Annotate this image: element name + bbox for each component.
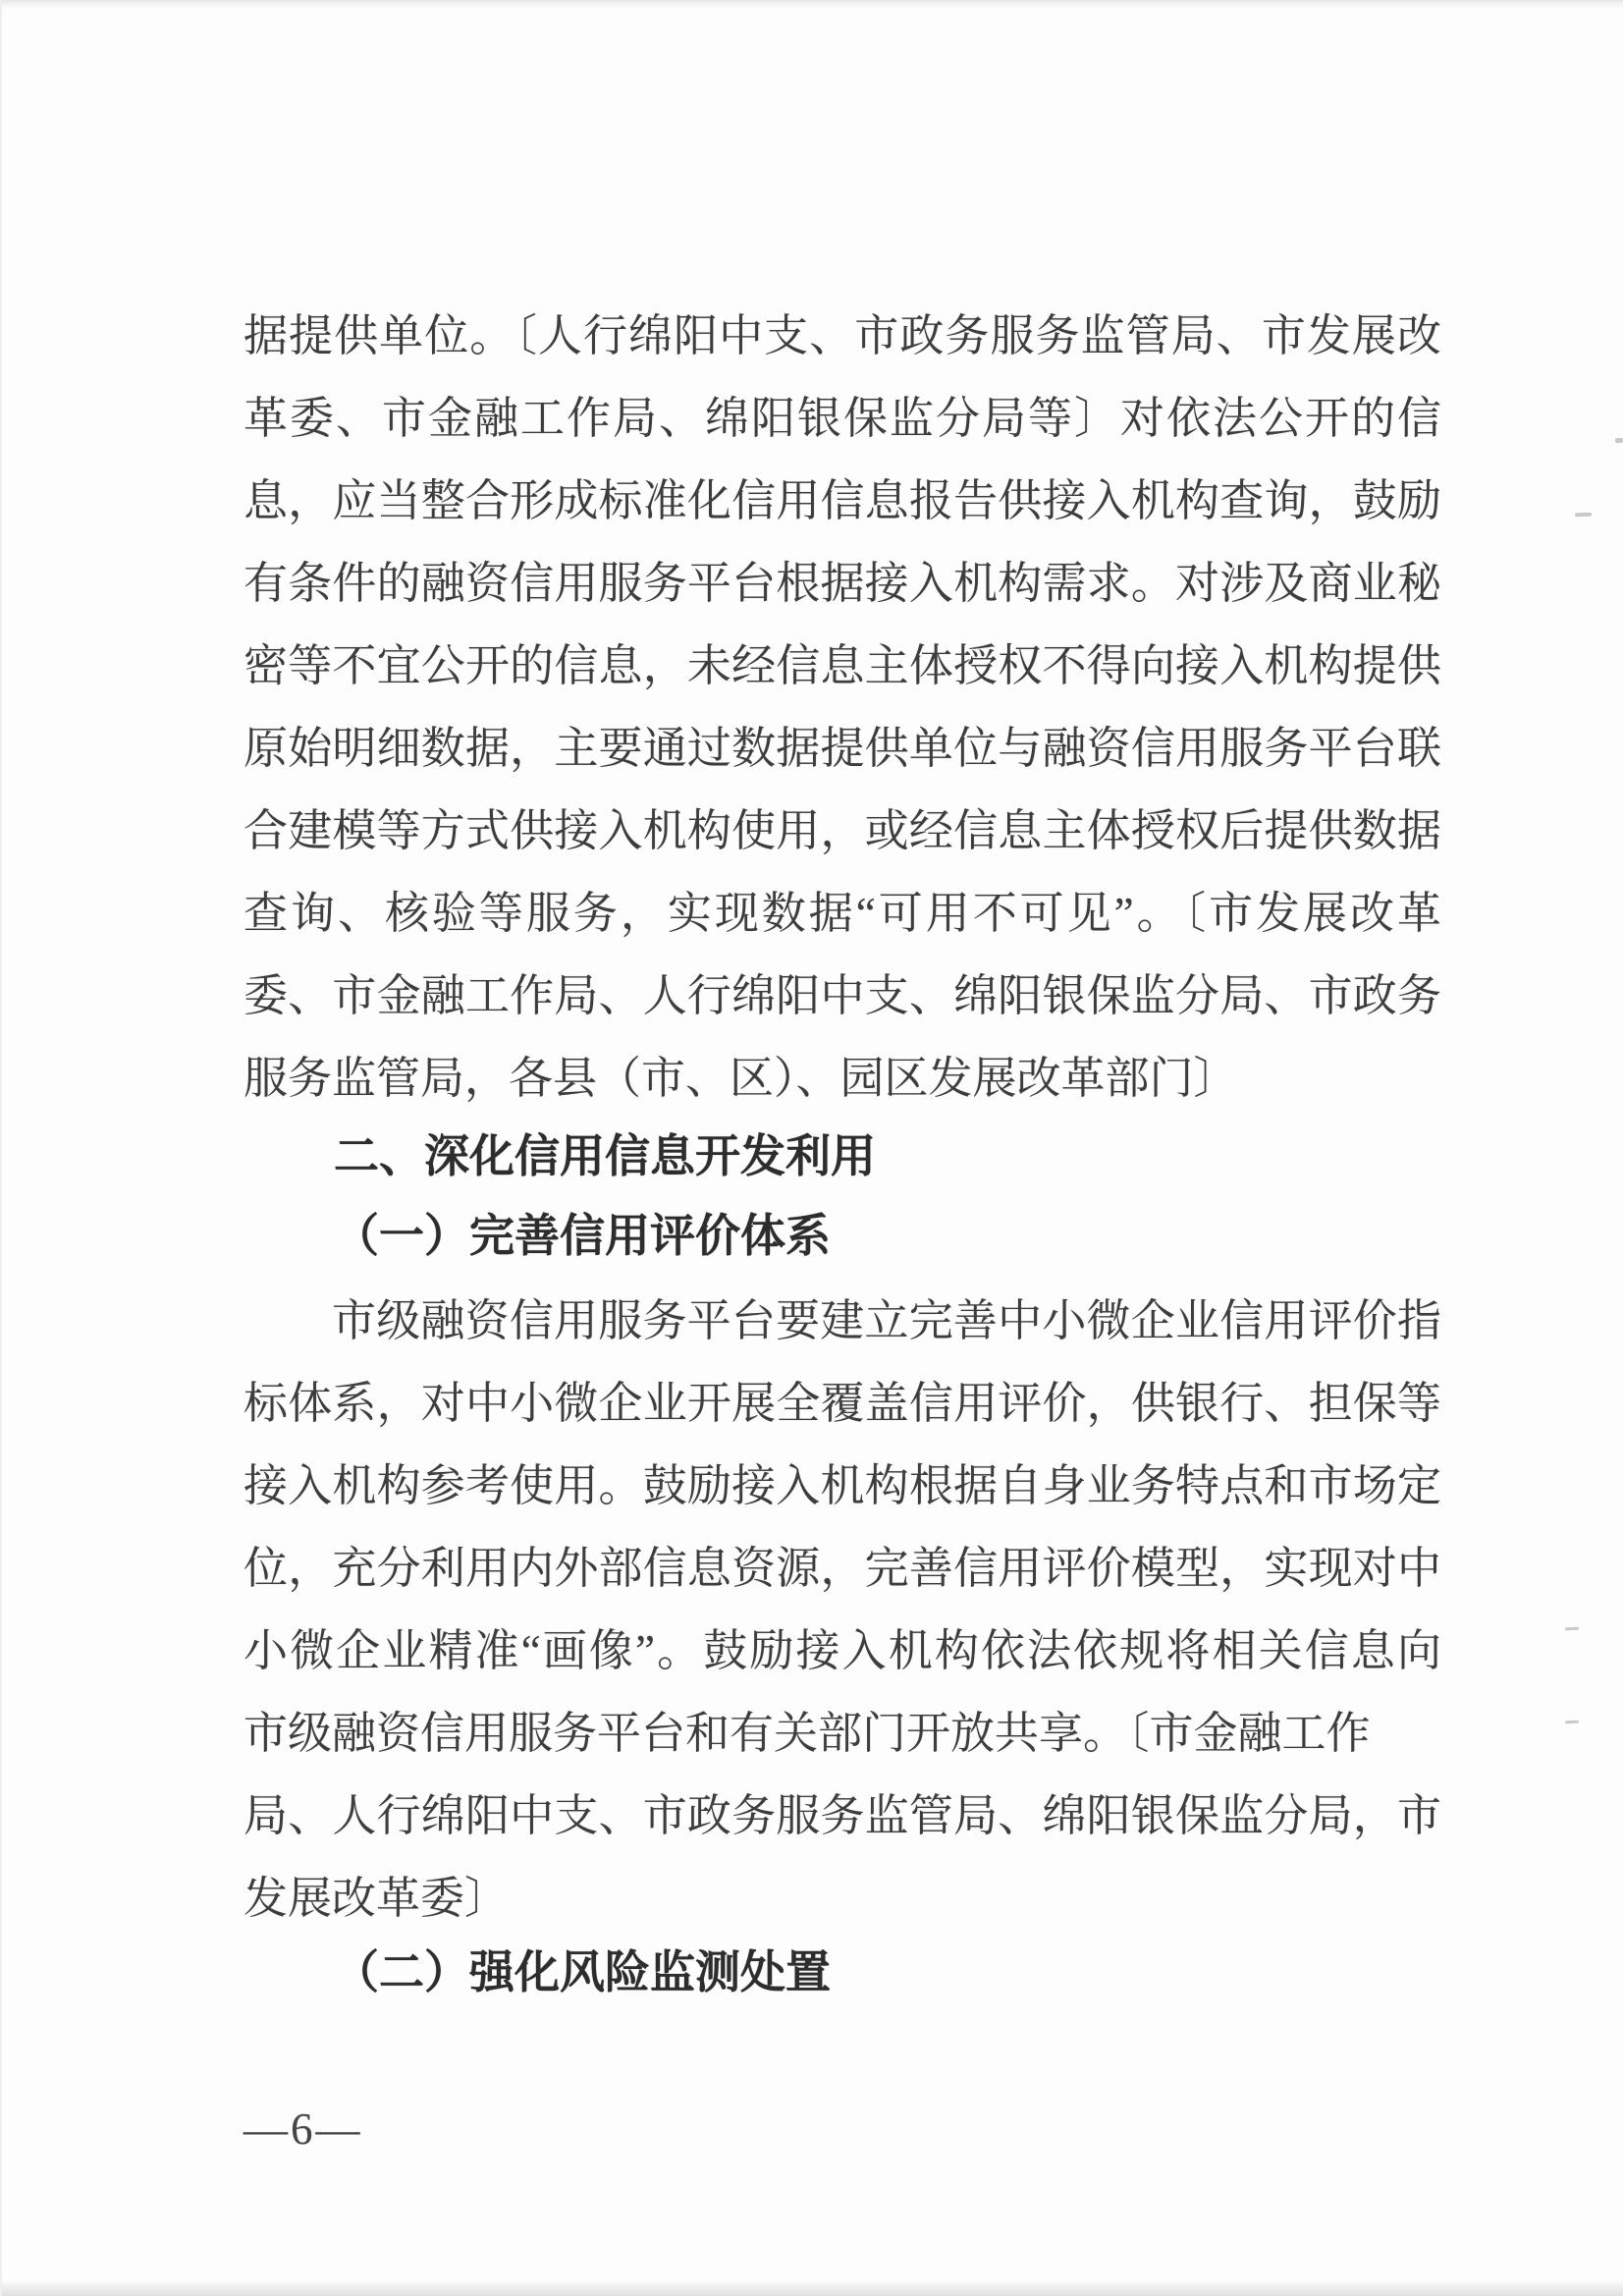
text-line: 市级融资信用服务平台要建立完善中小微企业信用评价指 bbox=[243, 1280, 1441, 1362]
text-line: 据提供单位。〔人行绵阳中支、市政务服务监管局、市发展改 bbox=[243, 295, 1441, 377]
scan-edge-left bbox=[0, 0, 2, 2296]
scan-speck bbox=[1565, 1721, 1579, 1723]
scan-edge-bottom bbox=[0, 2280, 1623, 2296]
text-line: 合建模等方式供接入机构使用，或经信息主体授权后提供数据 bbox=[243, 790, 1441, 872]
scanned-document-page: 据提供单位。〔人行绵阳中支、市政务服务监管局、市发展改 革委、市金融工作局、绵阳… bbox=[0, 0, 1623, 2296]
text-line: 革委、市金融工作局、绵阳银保监分局等〕对依法公开的信 bbox=[243, 377, 1441, 460]
section-heading-2: 二、深化信用信息开发利用 bbox=[243, 1115, 1441, 1197]
paragraph-2: 市级融资信用服务平台要建立完善中小微企业信用评价指 标体系，对中小微企业开展全覆… bbox=[243, 1280, 1441, 1940]
page-number: —6— bbox=[243, 2102, 363, 2157]
text-line: 密等不宜公开的信息，未经信息主体授权不得向接入机构提供 bbox=[243, 625, 1441, 707]
scan-speck bbox=[1575, 513, 1592, 518]
text-line: 查询、核验等服务，实现数据“可用不可见”。〔市发展改革 bbox=[243, 872, 1441, 955]
text-line: 原始明细数据，主要通过数据提供单位与融资信用服务平台联 bbox=[243, 707, 1441, 790]
paragraph-1: 据提供单位。〔人行绵阳中支、市政务服务监管局、市发展改 革委、市金融工作局、绵阳… bbox=[243, 295, 1441, 1120]
scan-speck bbox=[1565, 1627, 1579, 1630]
text-line: 发展改革委〕 bbox=[243, 1857, 1441, 1940]
text-line: 局、人行绵阳中支、市政务服务监管局、绵阳银保监分局，市 bbox=[243, 1775, 1441, 1857]
text-line: 市级融资信用服务平台和有关部门开放共享。〔市金融工作 bbox=[243, 1692, 1441, 1775]
subsection-heading-1: （一）完善信用评价体系 bbox=[243, 1194, 1441, 1277]
text-line: 小微企业精准“画像”。鼓励接入机构依法依规将相关信息向 bbox=[243, 1610, 1441, 1692]
text-line: 有条件的融资信用服务平台根据接入机构需求。对涉及商业秘 bbox=[243, 542, 1441, 625]
text-line: 接入机构参考使用。鼓励接入机构根据自身业务特点和市场定 bbox=[243, 1445, 1441, 1527]
text-line: 委、市金融工作局、人行绵阳中支、绵阳银保监分局、市政务 bbox=[243, 955, 1441, 1037]
scan-speck bbox=[1615, 438, 1623, 443]
scan-edge-top bbox=[0, 0, 1623, 9]
text-line: 息，应当整合形成标准化信用信息报告供接入机构查询，鼓励 bbox=[243, 460, 1441, 542]
text-line: 位，充分利用内外部信息资源，完善信用评价模型，实现对中 bbox=[243, 1527, 1441, 1610]
text-line: 标体系，对中小微企业开展全覆盖信用评价，供银行、担保等 bbox=[243, 1362, 1441, 1445]
subsection-heading-2: （二）强化风险监测处置 bbox=[243, 1931, 1441, 2013]
text-line: 服务监管局，各县（市、区）、园区发展改革部门〕 bbox=[243, 1037, 1441, 1120]
